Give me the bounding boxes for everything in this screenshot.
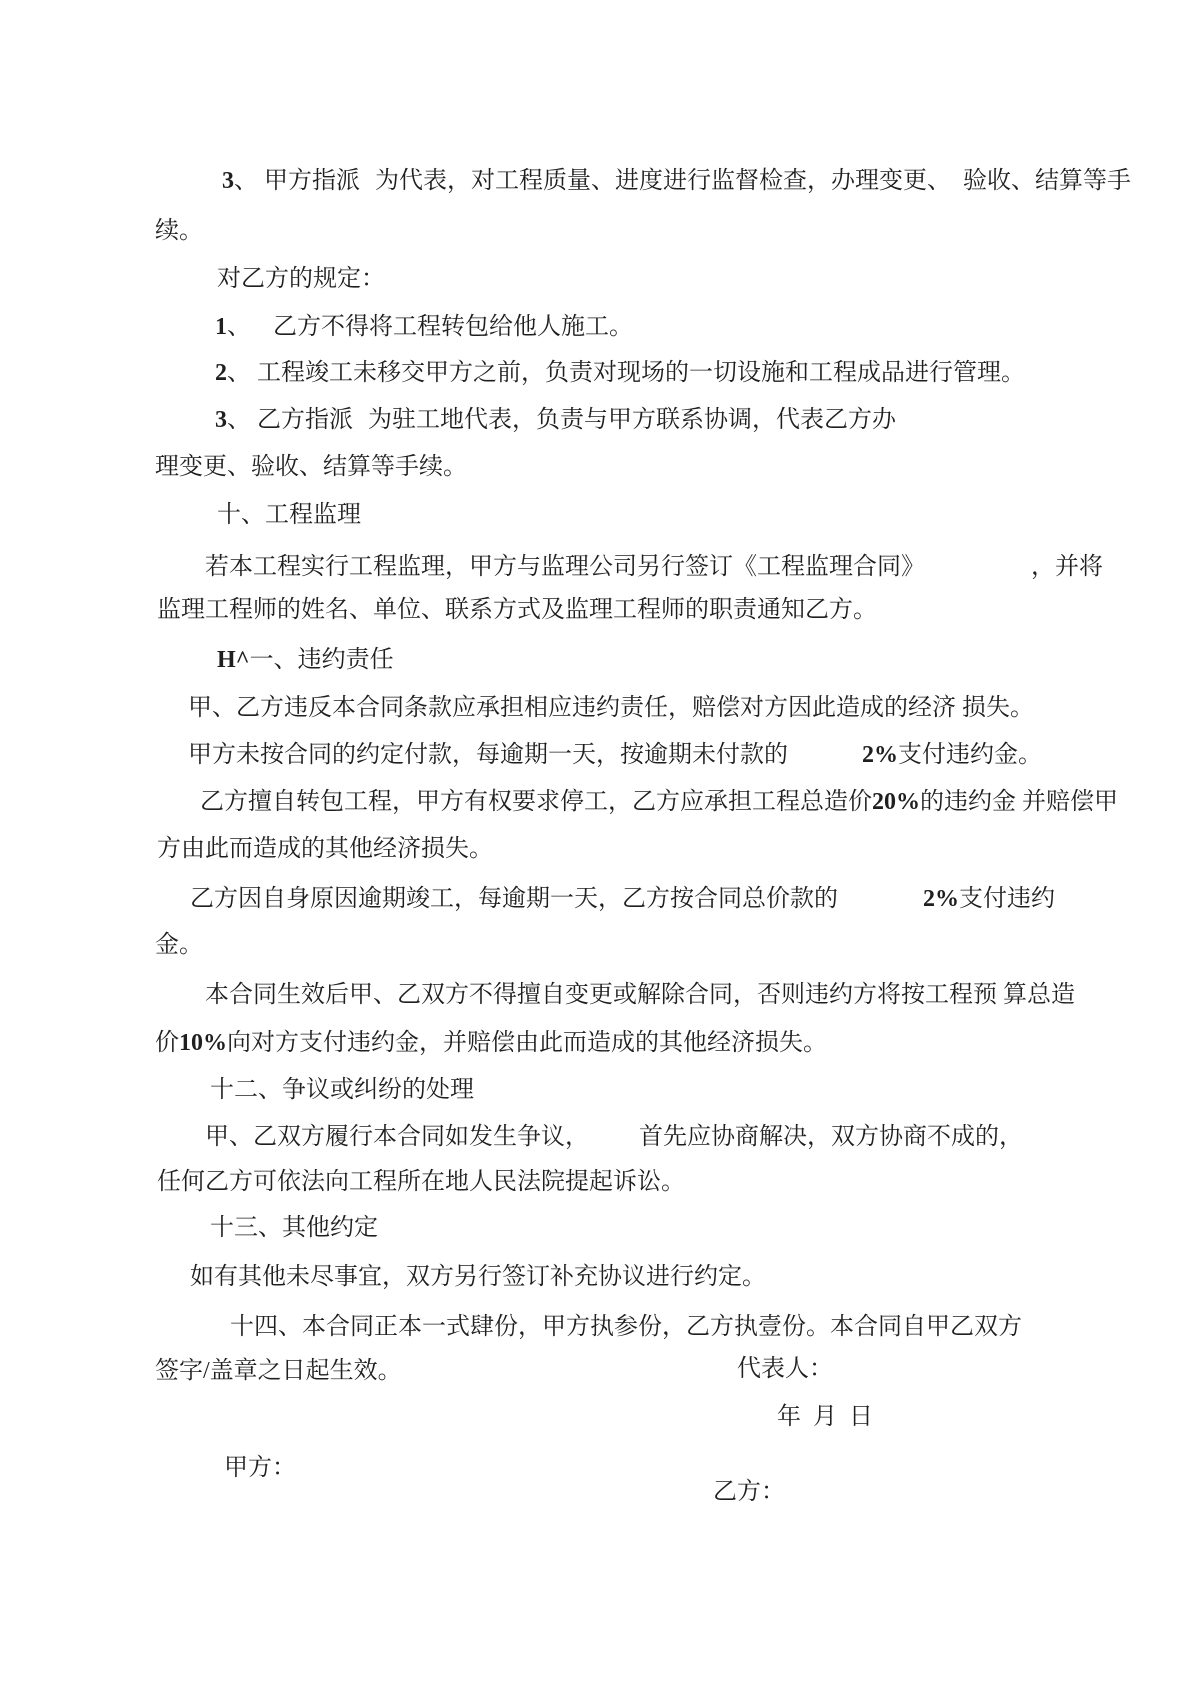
document-line: 本合同生效后甲、乙双方不得擅自变更或解除合同，否则违约方将按工程预 算总造 [205,980,1075,1010]
blank-fill-gap [925,572,1031,574]
text-run: 一、违约责任 [250,647,394,673]
text-run: 监理工程师的姓名、单位、联系方式及监理工程师的职责通知乙方。 [157,597,877,623]
document-line: 3、 乙方指派为驻工地代表，负责与甲方联系协调，代表乙方办 [215,405,896,435]
document-line: 方由此而造成的其他经济损失。 [157,834,493,864]
text-run: 若本工程实行工程监理，甲方与监理公司另行签订《工程监理合同》 [205,554,925,580]
text-run: 价 [155,1030,179,1056]
blank-fill-gap [589,1142,639,1144]
blank-fill-gap [951,186,963,188]
text-run: 本合同生效后甲、乙双方不得擅自变更或解除合同，否则违约方将按工程预 算总造 [205,982,1075,1008]
text-run: 月 [813,1404,837,1430]
document-line: 乙方擅自转包工程，甲方有权要求停工，乙方应承担工程总造价20%的违约金 并赔偿甲 [200,787,1118,817]
text-run: 3 [222,168,234,194]
text-run: 如有其他未尽事宜，双方另行签订补充协议进行约定。 [190,1264,766,1290]
text-run: 甲、乙方违反本合同条款应承担相应违约责任，赔偿对方因此造成的经济 损失。 [188,695,1034,721]
document-line: 价10%向对方支付违约金，并赔偿由此而造成的其他经济损失。 [155,1028,827,1058]
text-run: 日 [849,1404,873,1430]
text-run: 年 [777,1404,801,1430]
text-run: 20% [872,789,920,815]
document-line: 对乙方的规定： [217,264,385,294]
blank-fill-gap [838,904,923,906]
document-line: 十三、其他约定 [210,1213,378,1243]
document-line: 如有其他未尽事宜，双方另行签订补充协议进行约定。 [190,1262,766,1292]
document-line: 监理工程师的姓名、单位、联系方式及监理工程师的职责通知乙方。 [157,595,877,625]
document-line: 十二、争议或纠纷的处理 [210,1075,474,1105]
blank-fill-gap [801,1422,813,1424]
text-run: 、 乙方指派 [227,407,353,433]
document-line: 十四、本合同正本一式肆份，甲方执参份，乙方执壹份。本合同自甲乙双方 [230,1312,1022,1342]
text-run: 2% [923,886,959,912]
document-line: 1、乙方不得将工程转包给他人施工。 [215,312,633,342]
text-run: 2% [862,742,898,768]
text-run: 验收、结算等手 [963,168,1131,194]
document-line: 乙方： [713,1477,785,1507]
text-run: 首先应协商解决，双方协商不成的， [639,1124,1023,1150]
document-line: H^一、违约责任 [217,645,394,675]
document-line: 十、工程监理 [217,500,361,530]
text-run: 为代表，对工程质量、进度进行监督检查，办理变更、 [375,168,951,194]
text-run: 的违约金 并赔偿甲 [920,789,1118,815]
text-run: 支付违约金。 [898,742,1042,768]
text-run: 十四、本合同正本一式肆份，甲方执参份，乙方执壹份。本合同自甲乙双方 [230,1314,1022,1340]
document-line: 2、 工程竣工未移交甲方之前，负责对现场的一切设施和工程成品进行管理。 [215,358,1025,388]
document-line: 甲方未按合同的约定付款，每逾期一天，按逾期未付款的2%支付违约金。 [188,740,1042,770]
text-run: H^ [217,647,250,673]
blank-fill-gap [788,760,862,762]
text-run: 支付违约 [959,886,1055,912]
document-line: 甲方： [224,1453,296,1483]
text-run: 十二、争议或纠纷的处理 [210,1077,474,1103]
document-line: 金。 [155,930,203,960]
text-run: 、 工程竣工未移交甲方之前，负责对现场的一切设施和工程成品进行管理。 [227,360,1025,386]
document-line: 签字/盖章之日起生效。 [155,1356,402,1386]
text-run: 续。 [155,218,203,244]
document-line: 甲、乙双方履行本合同如发生争议，首先应协商解决，双方协商不成的， [205,1122,1023,1152]
text-run: 甲方未按合同的约定付款，每逾期一天，按逾期未付款的 [188,742,788,768]
text-run: 十三、其他约定 [210,1215,378,1241]
document-line: 3、 甲方指派为代表，对工程质量、进度进行监督检查，办理变更、验收、结算等手 [222,166,1131,196]
blank-fill-gap [353,425,368,427]
text-run: 十、工程监理 [217,502,361,528]
text-run: 乙方不得将工程转包给他人施工。 [273,314,633,340]
text-run: 10% [179,1030,227,1056]
document-line: 若本工程实行工程监理，甲方与监理公司另行签订《工程监理合同》，并将 [205,552,1103,582]
text-run: 方由此而造成的其他经济损失。 [157,836,493,862]
text-run: 甲方： [224,1455,296,1481]
document-line: 任何乙方可依法向工程所在地人民法院提起诉讼。 [157,1167,685,1197]
text-run: 乙方擅自转包工程，甲方有权要求停工，乙方应承担工程总造价 [200,789,872,815]
blank-fill-gap [251,332,273,334]
text-run: 、 甲方指派 [234,168,360,194]
blank-fill-gap [837,1422,849,1424]
document-line: 代表人： [737,1354,833,1384]
blank-fill-gap [360,186,375,188]
contract-document-page: 3、 甲方指派为代表，对工程质量、进度进行监督检查，办理变更、验收、结算等手续。… [0,0,1194,1691]
text-run: ，并将 [1031,554,1103,580]
document-line: 续。 [155,216,203,246]
text-run: 对乙方的规定： [217,266,385,292]
document-line: 乙方因自身原因逾期竣工，每逾期一天，乙方按合同总价款的2%支付违约 [190,884,1055,914]
text-run: 乙方因自身原因逾期竣工，每逾期一天，乙方按合同总价款的 [190,886,838,912]
text-run: 2 [215,360,227,386]
text-run: 向对方支付违约金，并赔偿由此而造成的其他经济损失。 [227,1030,827,1056]
text-run: 乙方： [713,1479,785,1505]
text-run: 1 [215,314,227,340]
text-run: 为驻工地代表，负责与甲方联系协调，代表乙方办 [368,407,896,433]
text-run: 理变更、验收、结算等手续。 [155,454,467,480]
text-run: 3 [215,407,227,433]
text-run: 甲、乙双方履行本合同如发生争议， [205,1124,589,1150]
text-run: 任何乙方可依法向工程所在地人民法院提起诉讼。 [157,1169,685,1195]
document-line: 年月日 [777,1402,873,1432]
text-run: 、 [227,314,251,340]
text-run: 签字/盖章之日起生效。 [155,1358,402,1384]
document-line: 甲、乙方违反本合同条款应承担相应违约责任，赔偿对方因此造成的经济 损失。 [188,693,1034,723]
text-run: 金。 [155,932,203,958]
document-line: 理变更、验收、结算等手续。 [155,452,467,482]
text-run: 代表人： [737,1356,833,1382]
